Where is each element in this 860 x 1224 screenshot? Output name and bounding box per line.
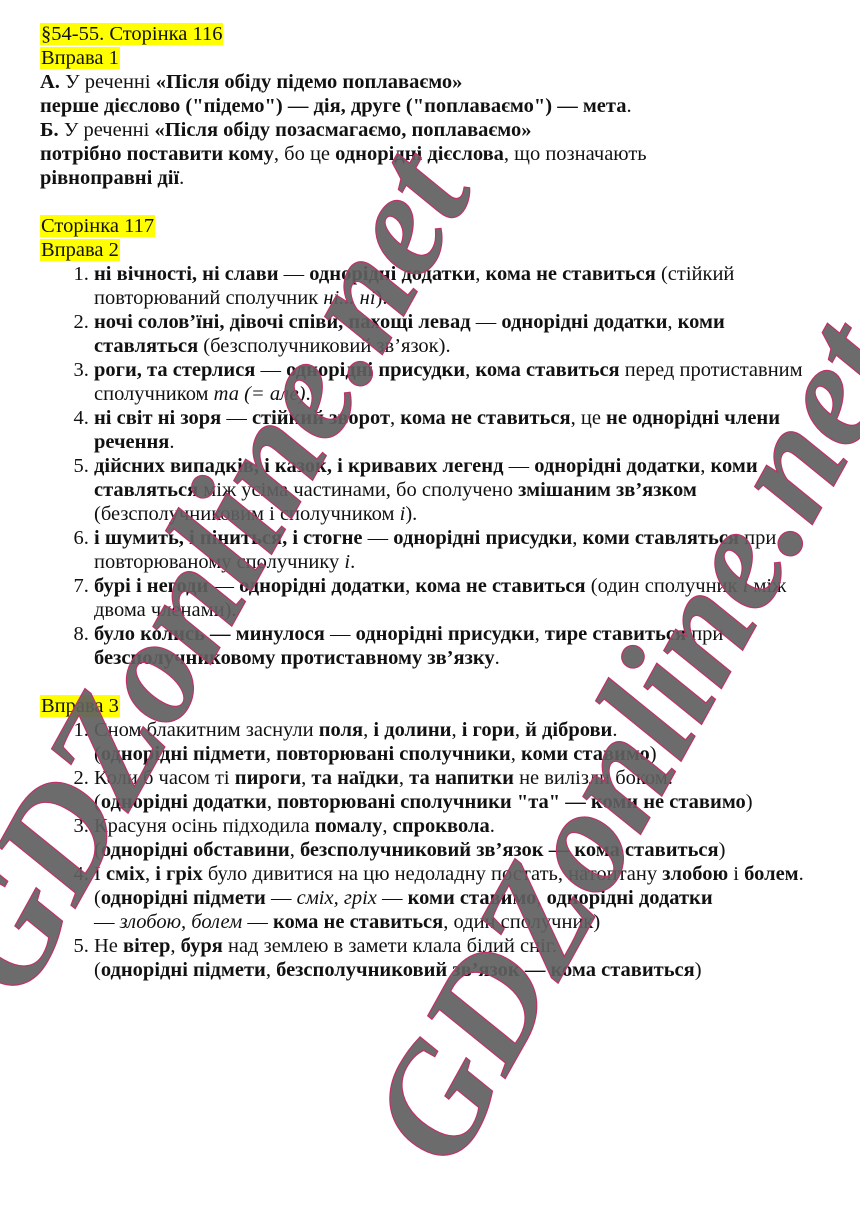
text: . xyxy=(612,719,617,741)
text: , xyxy=(145,863,155,885)
bold-text: однорідні додатки xyxy=(239,575,405,597)
text: — xyxy=(242,911,273,933)
list-item: було колись — минулося — однорідні прису… xyxy=(94,622,830,670)
text: — xyxy=(266,887,297,909)
bold-text: вітер xyxy=(123,935,170,957)
exercise-1-heading: Вправа 1 xyxy=(40,47,120,69)
text: — xyxy=(255,359,286,381)
text: . xyxy=(169,431,174,453)
text: ( xyxy=(94,959,101,981)
bold-text: і шумить, і піниться, і стогне xyxy=(94,527,363,549)
text: — xyxy=(363,527,394,549)
text: (безсполучниковим і сполучником xyxy=(94,503,400,525)
italic-text: ні... ні xyxy=(323,287,375,309)
bold-text: однорідні підмети xyxy=(101,887,266,909)
text: , xyxy=(382,815,392,837)
list-item: І сміх, і гріх було дивитися на цю недол… xyxy=(94,862,830,934)
text: над землею в замети клала білий сніг. xyxy=(223,935,557,957)
text: Коли б часом ті xyxy=(94,767,235,789)
bold-text: роги, та стерлися xyxy=(94,359,255,381)
text: — xyxy=(377,887,408,909)
text: не вилізли боком. xyxy=(514,767,673,789)
page-117-heading: Сторінка 117 xyxy=(40,215,155,237)
bold-text: коми ставимо xyxy=(521,743,650,765)
text: , xyxy=(170,935,180,957)
bold-text: й діброви xyxy=(525,719,612,741)
bold-text: однорідні підмети xyxy=(101,959,266,981)
text: ( xyxy=(94,839,101,861)
text: — xyxy=(325,623,356,645)
bold-text: однорідні підмети xyxy=(101,743,266,765)
text: між усіма частинами, бо сполучено xyxy=(198,479,518,501)
text: — xyxy=(94,911,120,933)
label-a: А. xyxy=(40,71,60,93)
text: . xyxy=(179,167,184,189)
text: , xyxy=(301,767,311,789)
text: — xyxy=(208,575,239,597)
bold-text: ні вічності, ні слави xyxy=(94,263,279,285)
text: було дивитися на цю недоладну постать, н… xyxy=(203,863,663,885)
text: , xyxy=(700,455,710,477)
text: ). xyxy=(376,287,388,309)
bold-text: змішаним зв’язком xyxy=(518,479,697,501)
text: ) xyxy=(746,791,753,813)
bold-text: тире ставиться xyxy=(545,623,686,645)
text: — xyxy=(503,455,534,477)
text: ). xyxy=(405,503,417,525)
text: , xyxy=(667,311,677,333)
bold-text: пироги xyxy=(235,767,301,789)
exercise-2-list: ні вічності, ні слави — однорідні додатк… xyxy=(40,262,830,670)
bold-text: однорідні присудки xyxy=(356,623,535,645)
document-page: §54-55. Сторінка 116 Вправа 1 А. У речен… xyxy=(40,22,830,982)
bold-text: і гріх xyxy=(155,863,202,885)
bold-text: сміх xyxy=(106,863,145,885)
list-item: Красуня осінь підходила помалу, спроквол… xyxy=(94,814,830,862)
list-item: і шумить, і піниться, і стогне — однорід… xyxy=(94,526,830,574)
text: , xyxy=(267,791,277,813)
list-item: дійсних випадків, і казок, і кривавих ле… xyxy=(94,454,830,526)
text: і xyxy=(728,863,744,885)
text: У реченні xyxy=(59,119,155,141)
bold-text: болем xyxy=(744,863,799,885)
bold-text: було колись — минулося xyxy=(94,623,325,645)
bold-text: кома не ставиться xyxy=(400,407,570,429)
bold-text: однорідні додатки xyxy=(101,791,267,813)
bold-text: та напитки xyxy=(409,767,514,789)
exercise-1-answer-b: Б. У реченні «Після обіду позасмагаємо, … xyxy=(40,118,830,190)
text: . xyxy=(626,95,631,117)
text: при xyxy=(686,623,723,645)
text: (безсполучниковий зв’язок). xyxy=(198,335,450,357)
text: Красуня осінь підходила xyxy=(94,815,315,837)
section-heading: §54-55. Сторінка 116 xyxy=(40,23,223,45)
explanation: потрібно поставити кому xyxy=(40,143,274,165)
text: , xyxy=(536,887,546,909)
list-item: Коли б часом ті пироги, та наїдки, та на… xyxy=(94,766,830,814)
list-item: бурі і негоди — однорідні додатки, кома … xyxy=(94,574,830,622)
explanation: перше дієслово ("підемо") — дія, друге (… xyxy=(40,95,626,117)
text: , xyxy=(405,575,415,597)
bold-text: коми ставимо xyxy=(408,887,537,909)
text: . xyxy=(799,863,804,885)
text: , xyxy=(515,719,525,741)
text: , xyxy=(266,743,276,765)
text: , це xyxy=(571,407,606,429)
bold-text: спроквола xyxy=(393,815,490,837)
bold-text: буря xyxy=(181,935,223,957)
bold-text: однорідні додатки xyxy=(309,263,475,285)
list-item: ночі солов’їні, дівочі співи, пахощі лев… xyxy=(94,310,830,358)
text: , xyxy=(475,263,485,285)
text: Не xyxy=(94,935,123,957)
text: . xyxy=(350,551,355,573)
list-item: Сном блакитним заснули поля, і долини, і… xyxy=(94,718,830,766)
italic-text: злобою, болем xyxy=(120,911,243,933)
text: ) xyxy=(650,743,657,765)
text: , xyxy=(465,359,475,381)
text: — xyxy=(471,311,502,333)
bold-text: кома не ставиться xyxy=(486,263,656,285)
bold-text: бурі і негоди xyxy=(94,575,208,597)
quoted-sentence: «Після обіду позасмагаємо, поплаваємо» xyxy=(154,119,531,141)
text: , xyxy=(290,839,300,861)
bold-text: безсполучниковий зв’язок — кома ставитьс… xyxy=(276,959,695,981)
text: , xyxy=(511,743,521,765)
list-item: ні вічності, ні слави — однорідні додатк… xyxy=(94,262,830,310)
bold-text: кома ставиться xyxy=(475,359,619,381)
text: , xyxy=(535,623,545,645)
list-item: Не вітер, буря над землею в замети клала… xyxy=(94,934,830,982)
bold-text: помалу xyxy=(315,815,383,837)
bold-text: та наїдки xyxy=(311,767,398,789)
bold-text: безсполучниковому протиставному зв’язку xyxy=(94,647,495,669)
bold-text: безсполучниковий зв’язок — кома ставитьс… xyxy=(300,839,719,861)
bold-text: стійкий зворот xyxy=(252,407,390,429)
italic-text: сміх, гріх xyxy=(297,887,377,909)
text: Сном блакитним заснули xyxy=(94,719,319,741)
text: — xyxy=(221,407,252,429)
bold-text: однорідні присудки xyxy=(393,527,572,549)
bold-text: ночі солов’їні, дівочі співи, пахощі лев… xyxy=(94,311,471,333)
text: , xyxy=(572,527,582,549)
term: однорідні дієслова xyxy=(335,143,504,165)
text: . xyxy=(495,647,500,669)
text: І xyxy=(94,863,106,885)
text: (один сполучник xyxy=(586,575,743,597)
text: У реченні xyxy=(60,71,156,93)
text: , xyxy=(266,959,276,981)
text: ( xyxy=(94,887,101,909)
bold-text: кома не ставиться xyxy=(273,911,443,933)
bold-text: ні світ ні зоря xyxy=(94,407,221,429)
bold-text: поля xyxy=(319,719,363,741)
text: ) xyxy=(719,839,726,861)
text: ) xyxy=(695,959,702,981)
bold-text: однорідні додатки xyxy=(501,311,667,333)
quoted-sentence: «Після обіду підемо поплаваємо» xyxy=(156,71,463,93)
text: , xyxy=(451,719,461,741)
bold-text: і гори xyxy=(462,719,515,741)
bold-text: однорідні присудки xyxy=(286,359,465,381)
text: ( xyxy=(94,743,101,765)
list-item: ні світ ні зоря — стійкий зворот, кома н… xyxy=(94,406,830,454)
bold-text: кома не ставиться xyxy=(415,575,585,597)
text: , xyxy=(399,767,409,789)
bold-text: однорідні додатки xyxy=(547,887,713,909)
text: , один сполучник) xyxy=(443,911,600,933)
exercise-2-heading: Вправа 2 xyxy=(40,239,120,261)
text: , що позначають xyxy=(504,143,647,165)
text: , xyxy=(390,407,400,429)
italic-text: та (= але) xyxy=(214,383,306,405)
bold-text: злобою xyxy=(662,863,728,885)
exercise-1-answer-a: А. У реченні «Після обіду підемо поплава… xyxy=(40,70,830,118)
text: . xyxy=(490,815,495,837)
bold-text: однорідні додатки xyxy=(534,455,700,477)
text: . xyxy=(306,383,311,405)
list-item: роги, та стерлися — однорідні присудки, … xyxy=(94,358,830,406)
term: рівноправні дії xyxy=(40,167,179,189)
text: , бо це xyxy=(274,143,335,165)
bold-text: коми ставляться xyxy=(583,527,739,549)
text: ( xyxy=(94,791,101,813)
exercise-3-list: Сном блакитним заснули поля, і долини, і… xyxy=(40,718,830,982)
bold-text: повторювані сполучники "та" — коми не ст… xyxy=(277,791,746,813)
bold-text: однорідні обставини xyxy=(101,839,290,861)
bold-text: і долини xyxy=(373,719,451,741)
bold-text: дійсних випадків, і казок, і кривавих ле… xyxy=(94,455,503,477)
bold-text: повторювані сполучники xyxy=(276,743,511,765)
text: , xyxy=(363,719,373,741)
exercise-3-heading: Вправа 3 xyxy=(40,695,120,717)
text: — xyxy=(279,263,310,285)
label-b: Б. xyxy=(40,119,59,141)
